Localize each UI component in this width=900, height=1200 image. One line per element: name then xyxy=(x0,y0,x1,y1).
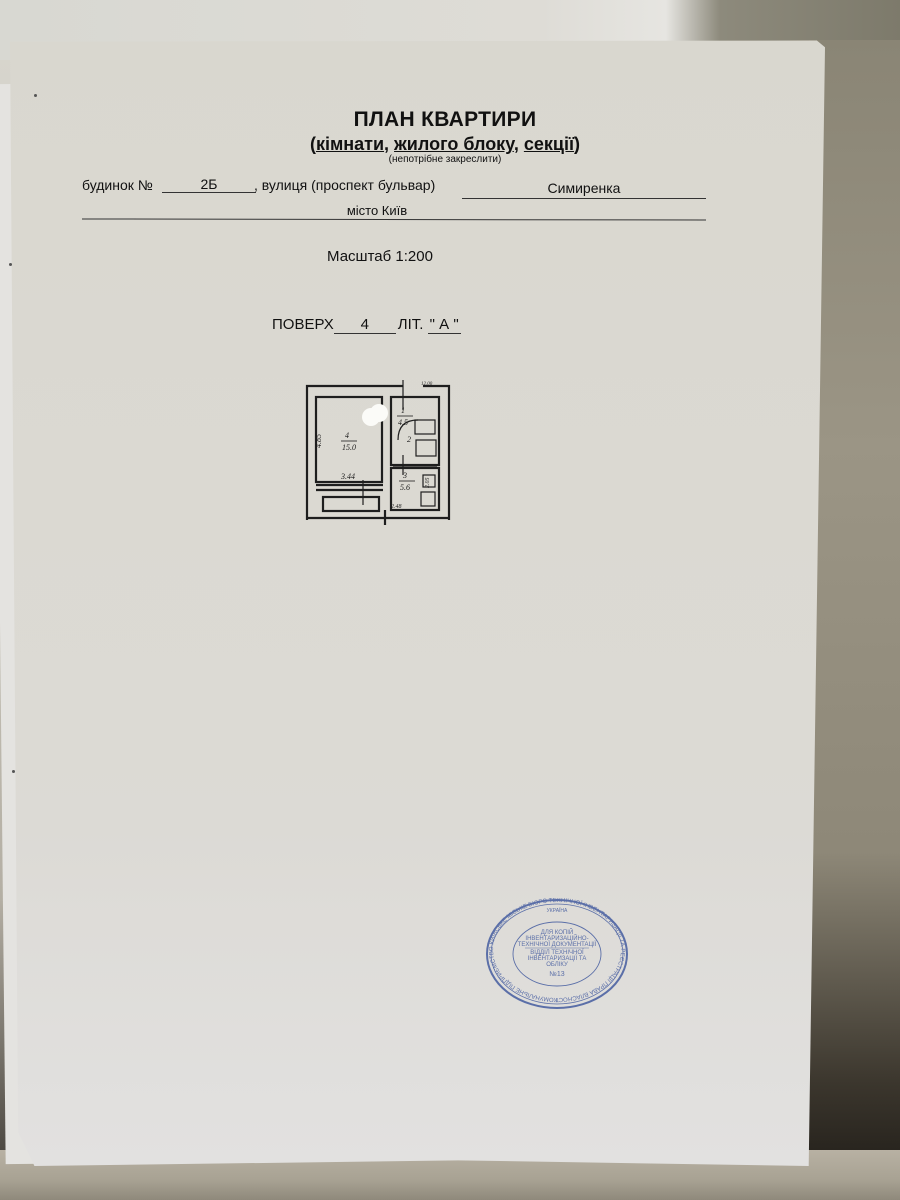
street-name: Симиренка xyxy=(462,180,706,196)
stamp-line-6: ОБЛІКУ xyxy=(546,962,568,968)
punch-hole xyxy=(370,404,388,422)
stamp-line-1: ДЛЯ КОПІЙ xyxy=(541,928,573,936)
letter-value: " А " xyxy=(428,316,461,334)
document-title: ПЛАН КВАРТИРИ xyxy=(0,108,895,132)
floor-number: 4 xyxy=(334,316,396,334)
document-subtitle: (кімнати, жилого блоку, секції) xyxy=(0,134,895,155)
dimension-12: 12.00 xyxy=(421,382,433,387)
house-number: 2Б xyxy=(162,176,256,192)
room-1-number: 1 xyxy=(401,406,405,415)
house-number-line xyxy=(162,192,256,193)
room-3-area: 5.6 xyxy=(400,483,410,492)
stamp-line-4: ВІДДІЛ ТЕХНІЧНОЇ xyxy=(530,949,584,956)
room-3-number: 3 xyxy=(402,471,407,480)
stamp-country: УКРАЇНА xyxy=(547,907,568,914)
dimension-2-48: 2.48 xyxy=(391,503,402,510)
room-4-number: 4 xyxy=(345,431,349,440)
paper-speck xyxy=(12,770,15,773)
stamp-number: №13 xyxy=(549,971,564,978)
room-4-area: 15.0 xyxy=(342,443,356,452)
stamp-line-3: ТЕХНІЧНОЇ ДОКУМЕНТАЦІЇ xyxy=(518,941,597,948)
paper-speck xyxy=(34,94,37,97)
subtitle-part-room: кімнати xyxy=(316,134,384,154)
official-stamp: КОМУНАЛЬНЕ ПІДПРИЄМСТВО КИЇВСЬКЕ МІСЬКЕ … xyxy=(485,898,630,1010)
floor-row: ПОВЕРХ4ЛІТ. " А " xyxy=(272,316,461,334)
dimension-3-44: 3.44 xyxy=(340,472,355,481)
room-1-area: 4.5 xyxy=(398,418,408,427)
dimension-2-05: 2.05 xyxy=(425,478,431,489)
floor-plan-drawing: 4 15.0 4.85 3.44 1 4.5 2 3 5.6 2.05 2.48… xyxy=(303,380,453,525)
letter-label: ЛІТ. xyxy=(398,316,424,333)
dimension-4-85: 4.85 xyxy=(314,434,323,448)
stamp-line-5: ІНВЕНТАРИЗАЦІЇ ТА xyxy=(528,955,587,962)
city: місто Київ xyxy=(82,203,672,218)
stamp-line-2: ІНВЕНТАРИЗАЦІЙНО- xyxy=(525,934,588,942)
document-note: (непотрібне закреслити) xyxy=(0,154,895,165)
street-name-line xyxy=(462,198,706,199)
house-label: будинок № xyxy=(82,177,153,193)
scale-label: Масштаб 1:200 xyxy=(0,248,760,265)
floor-label: ПОВЕРХ xyxy=(272,316,334,333)
subtitle-part-block: жилого блоку xyxy=(394,134,514,154)
room-2-number: 2 xyxy=(407,435,411,444)
street-label: , вулиця (проспект бульвар) xyxy=(254,177,435,193)
subtitle-part-section: секції xyxy=(524,134,574,154)
